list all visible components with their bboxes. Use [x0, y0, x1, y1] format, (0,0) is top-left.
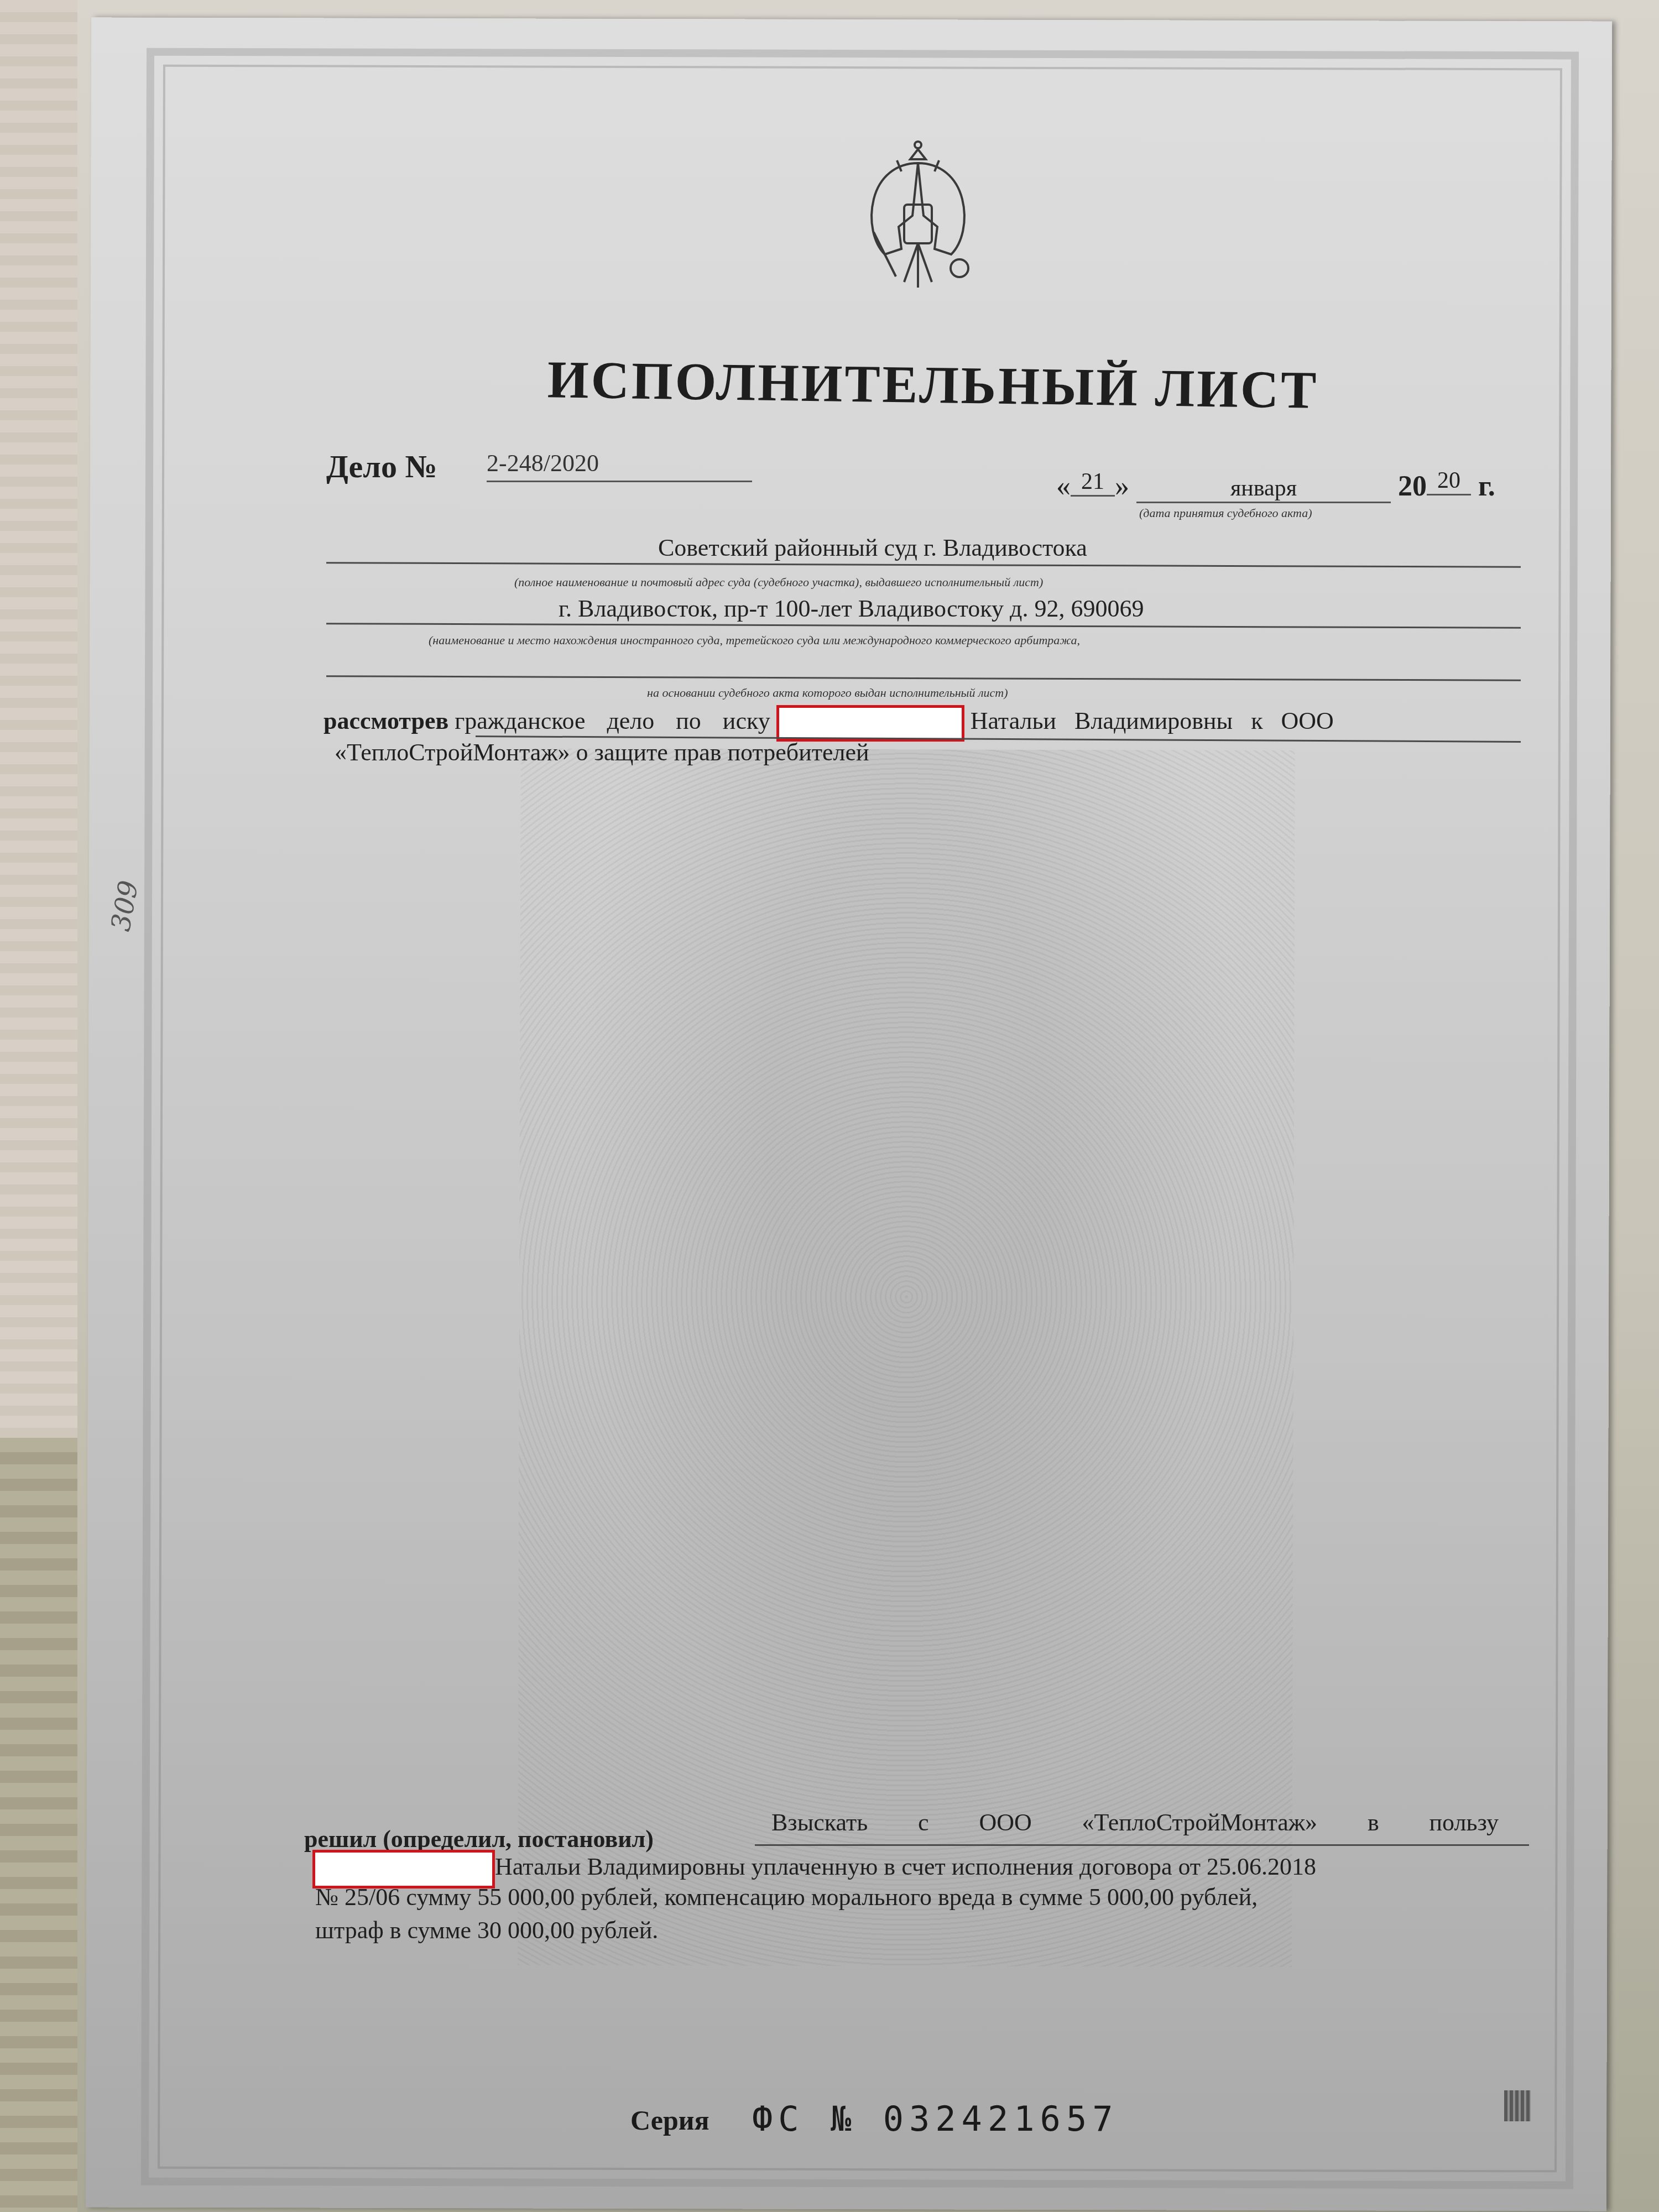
- court-name: Советский районный суд г. Владивостока: [658, 534, 1087, 562]
- barcode-icon: [1504, 2090, 1531, 2121]
- date-year-prefix: 20: [1398, 471, 1427, 502]
- case-number: 2-248/2020: [487, 449, 752, 482]
- decision-line-1: Взыскать с ООО «ТеплоСтройМонтаж» в поль…: [771, 1808, 1499, 1837]
- russian-coat-of-arms-icon: [857, 138, 979, 299]
- case-label: Дело №: [326, 448, 437, 485]
- series-label: Серия: [630, 2104, 709, 2136]
- date-year-suffix: 20: [1427, 467, 1471, 495]
- date-month: января: [1136, 475, 1391, 503]
- series-number: ФС № 032421657: [752, 2099, 1119, 2139]
- considered-text-part2: Натальи Владимировны к ООО: [971, 707, 1334, 734]
- date-close-quote: »: [1115, 471, 1129, 502]
- date-caption: (дата принятия судебного акта): [1139, 506, 1312, 520]
- court-address-caption: (наименование и место нахождения иностра…: [429, 633, 1080, 648]
- judgment-date: «21» января 2020 г.: [1056, 467, 1495, 503]
- redacted-plaintiff-surname: [776, 705, 964, 742]
- considered-line-2: «ТеплоСтройМонтаж» о защите прав потреби…: [335, 738, 869, 766]
- decision-label: решил (определил, постановил): [304, 1825, 654, 1853]
- court-name-caption: (полное наименование и почтовый адрес су…: [514, 575, 1043, 589]
- table-surface-lower: [0, 1438, 77, 2212]
- decision-line-3: № 25/06 сумму 55 000,00 рублей, компенса…: [315, 1883, 1499, 1911]
- decision-line-2-text: Натальи Владимировны уплаченную в счет и…: [495, 1853, 1316, 1880]
- considered-text-part1: гражданское дело по иску: [455, 707, 770, 734]
- decision-line-4: штраф в сумме 30 000,00 рублей.: [315, 1916, 658, 1944]
- date-day: 21: [1071, 468, 1115, 497]
- basis-caption: на основании судебного акта которого выд…: [647, 686, 1008, 700]
- date-year-unit: г.: [1478, 471, 1495, 502]
- considered-label: рассмотрев: [324, 707, 448, 734]
- date-open-quote: «: [1056, 471, 1071, 502]
- court-address: г. Владивосток, пр-т 100-лет Владивосток…: [559, 594, 1144, 623]
- document-title: ИСПОЛНИТЕЛЬНЫЙ ЛИСТ: [547, 348, 1319, 420]
- decision-underline: [755, 1844, 1529, 1846]
